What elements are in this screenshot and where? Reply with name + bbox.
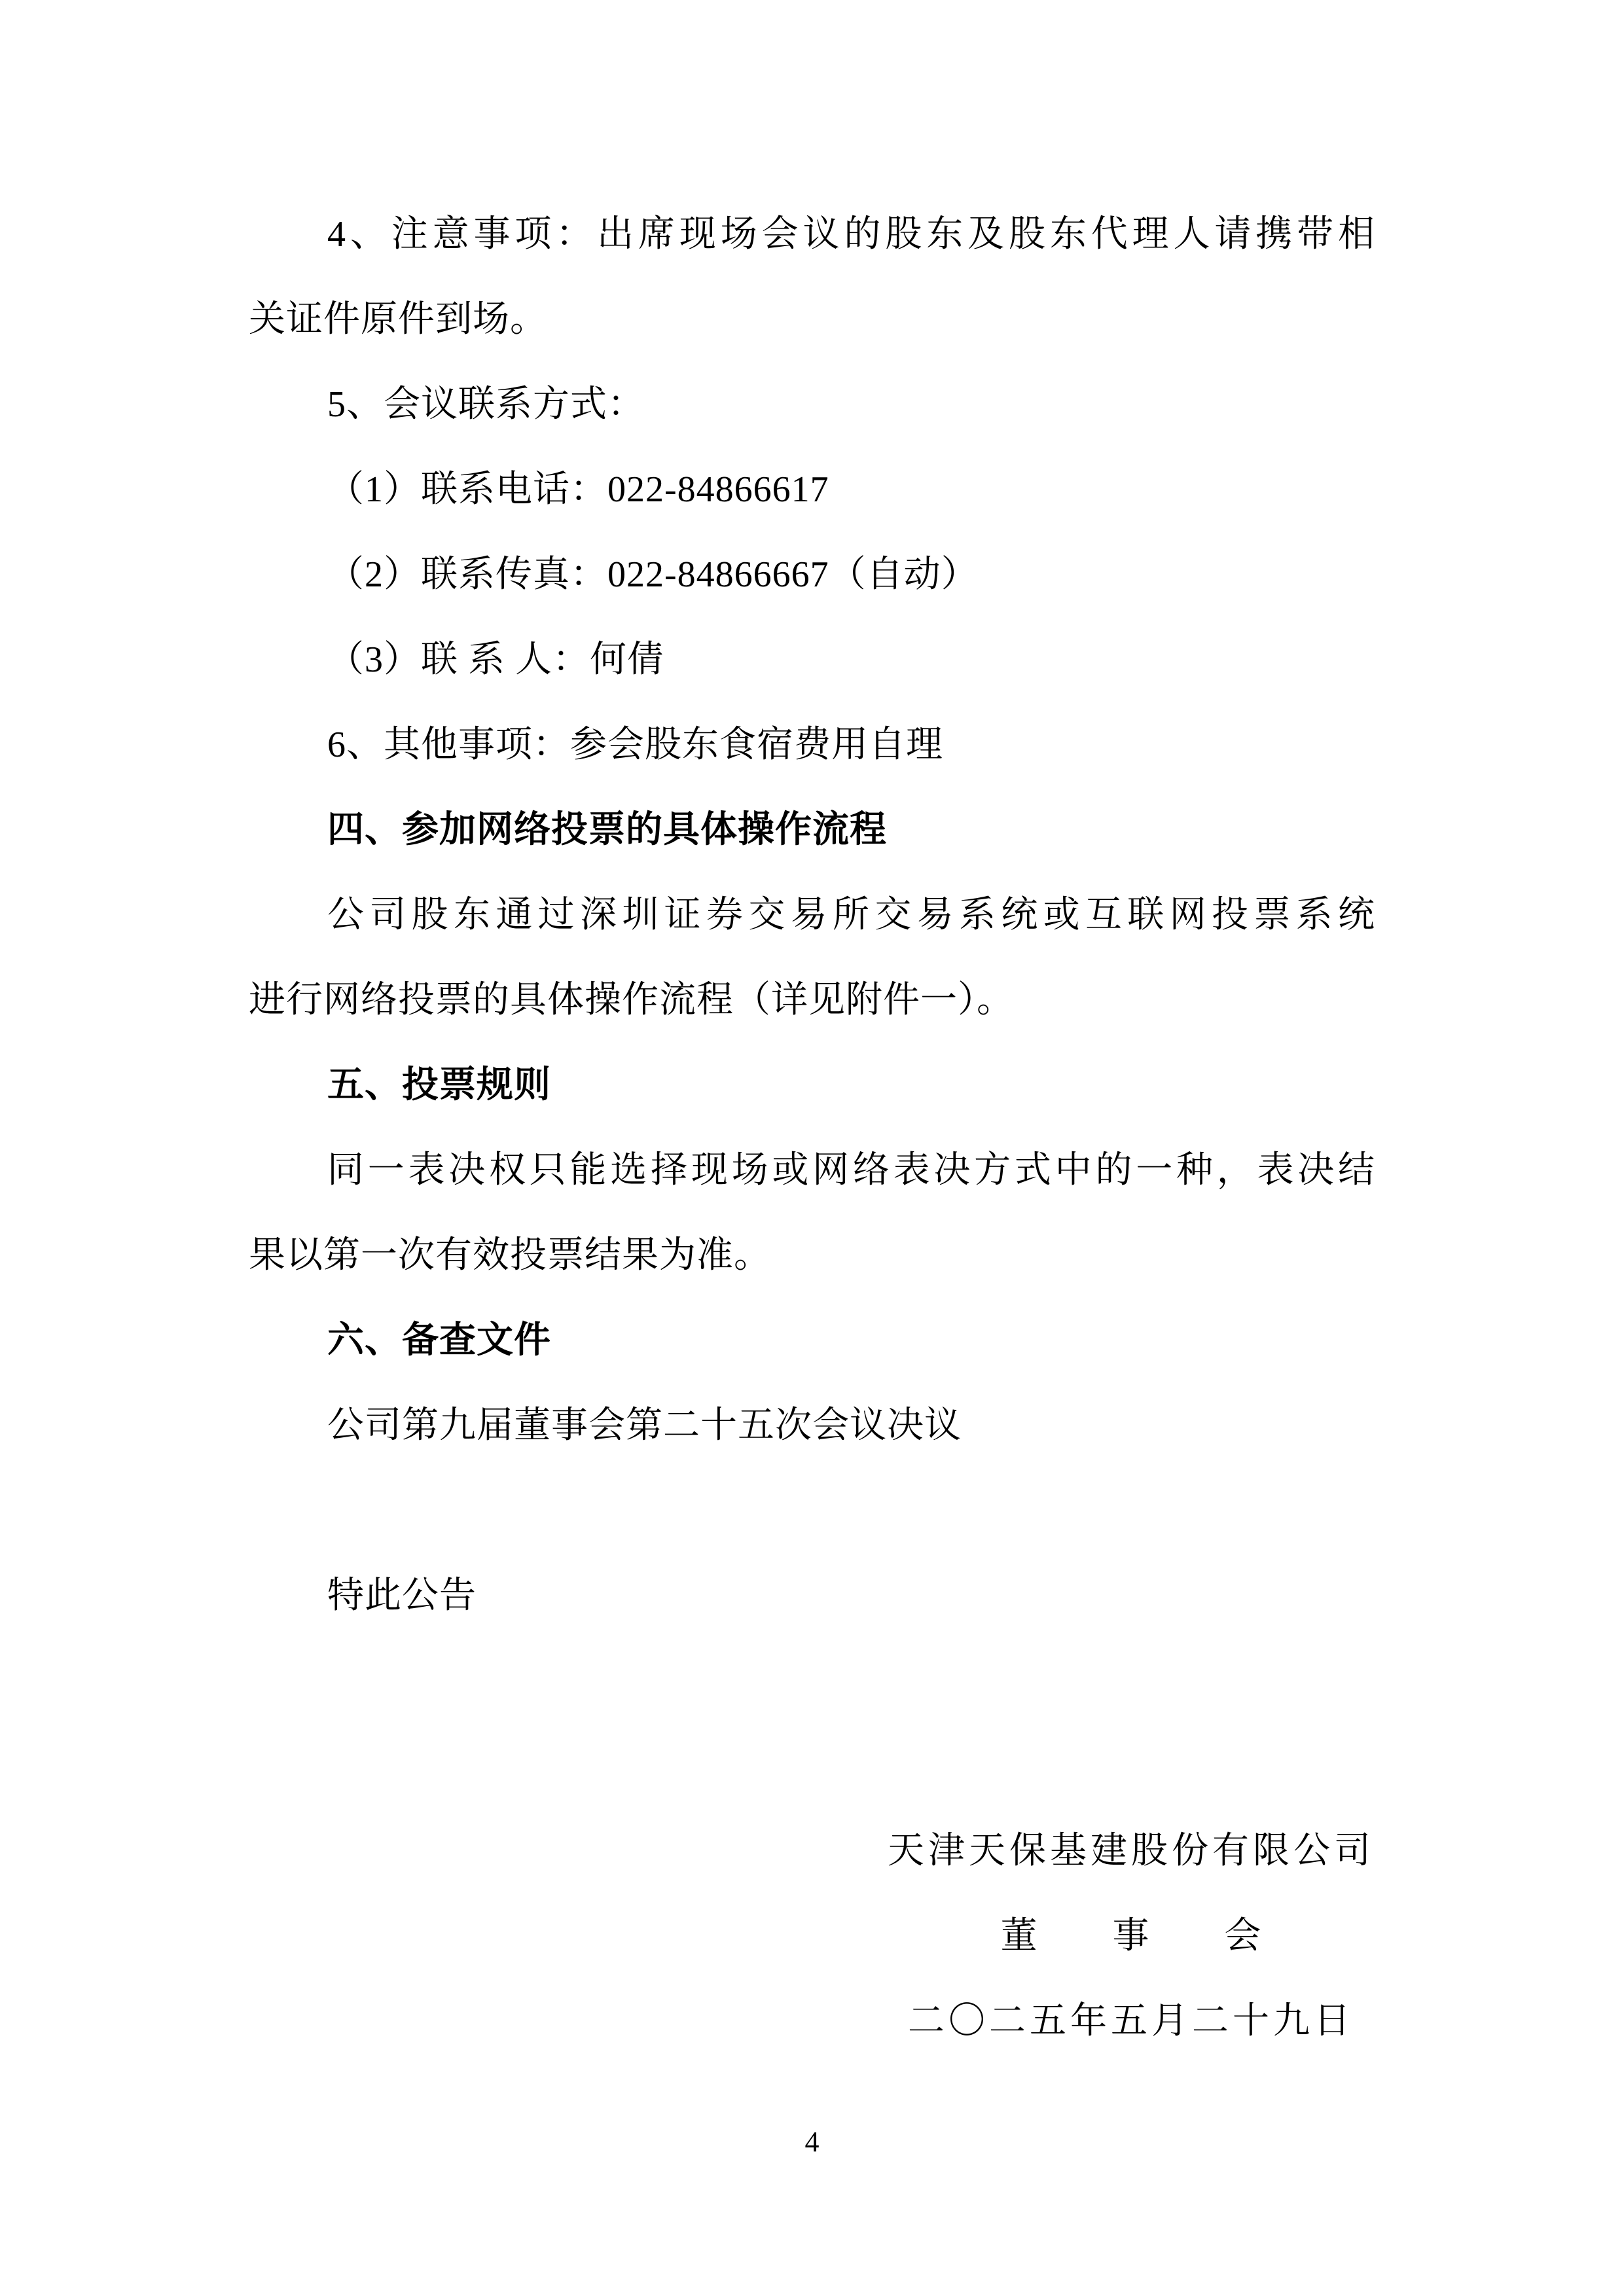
doc-line: 果以第一次有效投票结果为准。 [249, 1213, 1375, 1298]
blank-line [249, 1638, 1375, 1723]
doc-line-contact: （3）联 系 人：何倩 [249, 617, 1375, 702]
doc-line: 6、其他事项：参会股东食宿费用自理 [249, 702, 1375, 787]
document-body: 4、注意事项：出席现场会议的股东及股东代理人请携带相 关证件原件到场。 5、会议… [249, 192, 1375, 2064]
blank-line [249, 1468, 1375, 1553]
announcement-page: 4、注意事项：出席现场会议的股东及股东代理人请携带相 关证件原件到场。 5、会议… [0, 0, 1624, 2296]
section-heading-6: 六、备查文件 [249, 1298, 1375, 1383]
doc-line: 进行网络投票的具体操作流程（详见附件一）。 [249, 958, 1375, 1043]
doc-line-phone: （1）联系电话：022-84866617 [249, 447, 1375, 532]
section-heading-4: 四、参加网络投票的具体操作流程 [249, 787, 1375, 872]
section-heading-5: 五、投票规则 [249, 1043, 1375, 1128]
doc-line-fax: （2）联系传真：022-84866667（自动） [249, 532, 1375, 617]
doc-line: 公司第九届董事会第二十五次会议决议 [249, 1383, 1375, 1468]
doc-line: 关证件原件到场。 [249, 277, 1375, 362]
doc-line: 5、会议联系方式： [249, 362, 1375, 447]
doc-line: 同一表决权只能选择现场或网络表决方式中的一种，表决结 [249, 1128, 1375, 1213]
doc-line: 公司股东通过深圳证券交易所交易系统或互联网投票系统 [249, 872, 1375, 958]
doc-line: 4、注意事项：出席现场会议的股东及股东代理人请携带相 [249, 192, 1375, 277]
signature-company-name: 天津天保基建股份有限公司 [888, 1808, 1375, 1893]
page-number: 4 [0, 2126, 1624, 2159]
signature-date: 二〇二五年五月二十九日 [888, 1979, 1375, 2064]
signature-board: 董 事 会 [888, 1893, 1375, 1979]
blank-line [249, 1723, 1375, 1808]
closing-text: 特此公告 [249, 1553, 1375, 1638]
